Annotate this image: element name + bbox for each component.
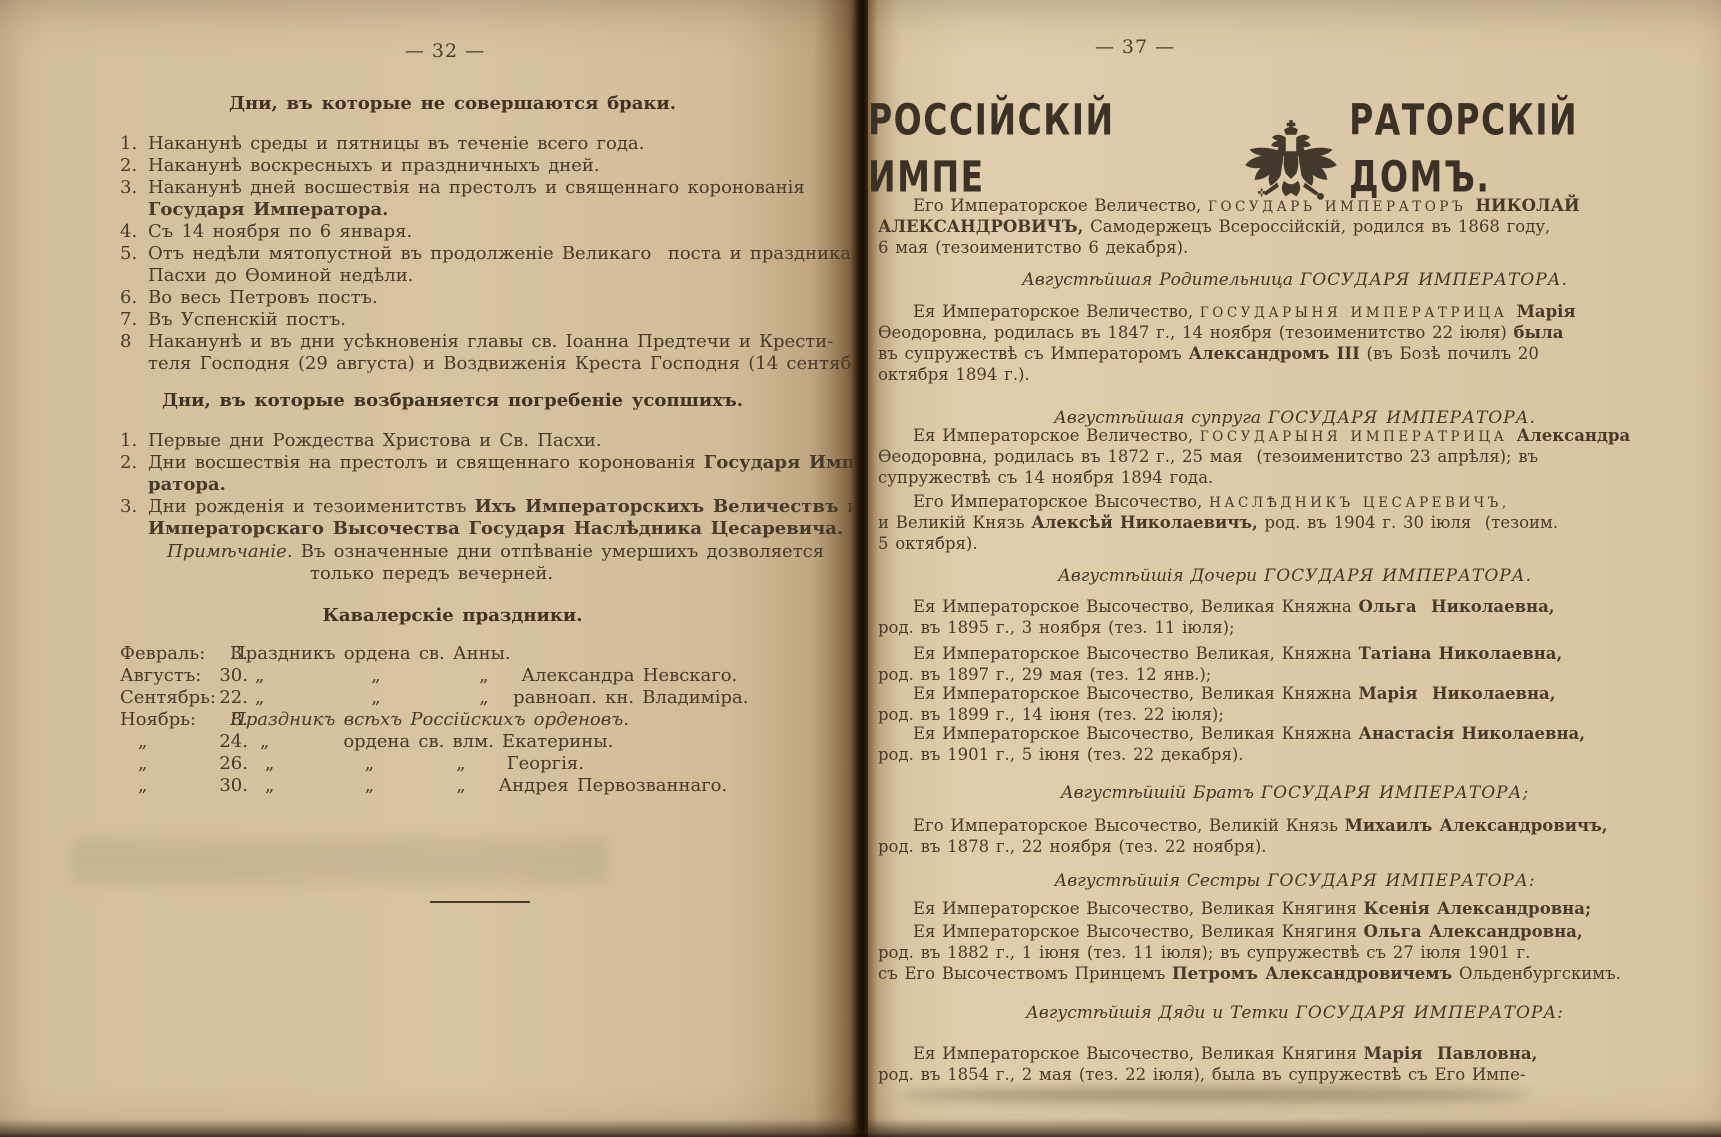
text-segment: род. въ 1878 г., 22 ноября (тез. 22 нояб… bbox=[878, 837, 1267, 856]
section-heading: Кавалерскіе праздники. bbox=[100, 605, 805, 627]
text-segment: Кавалерскіе праздники. bbox=[322, 605, 582, 626]
show-through-smudge bbox=[70, 838, 610, 884]
line-text: Наканунѣ дней восшествія на престолъ и с… bbox=[148, 177, 805, 199]
table-row: Ноябрь:8.Праздникъ всѣхъ Россійскихъ орд… bbox=[100, 709, 805, 731]
text-segment: „ „ „ Андрея Первозваннаго. bbox=[265, 775, 727, 796]
text-line: Государя Императора. bbox=[100, 199, 805, 221]
text-segment: Ея Императорское Высочество, Великая Кня… bbox=[913, 899, 1364, 918]
line-text: Дни, въ которые не совершаются браки. bbox=[229, 93, 676, 114]
text-segment: Въ означенные дни отпѣваніе умершихъ доз… bbox=[293, 541, 825, 562]
text-segment: и Великій Князь bbox=[878, 513, 1031, 532]
section-heading: Августѣйшія Дяди и Тетки ГОСУДАРЯ ИМПЕРА… bbox=[876, 1003, 1714, 1024]
text-line: 2.Дни восшествія на престолъ и священнаг… bbox=[100, 452, 805, 474]
text-line: Ея Императорское Высочество, Великая Кня… bbox=[876, 898, 1714, 919]
text-segment: Праздникъ всѣхъ Россійскихъ орденовъ. bbox=[230, 709, 629, 730]
line-text: род. въ 1882 г., 1 іюня (тез. 11 іюля); … bbox=[878, 942, 1530, 963]
text-segment: Дни рожденія и тезоименитствъ bbox=[148, 496, 475, 517]
text-segment: Его Императорское Величество, bbox=[913, 196, 1208, 215]
text-segment: Ея Императорское Высочество, Великая Кня… bbox=[913, 724, 1359, 743]
text-segment: Ольденбургскимъ. bbox=[1452, 964, 1621, 983]
text-segment: ГОСУДАРЫНЯ ИМПЕРАТРИЦА bbox=[1200, 429, 1517, 445]
text-segment: Праздникъ ордена св. Анны. bbox=[230, 643, 511, 664]
text-segment: Первые дни Рождества Христова и Св. Пасх… bbox=[148, 430, 602, 451]
text-segment: Анастасія Николаевна, bbox=[1359, 724, 1585, 743]
line-text: АЛЕКСАНДРОВИЧЪ, Самодержецъ Всероссійскі… bbox=[878, 216, 1550, 237]
text-line: Ея Императорское Величество, ГОСУДАРЫНЯ … bbox=[876, 301, 1714, 322]
text-segment: только передъ вечерней. bbox=[310, 563, 553, 584]
row-text: „ „ „ Андрея Первозваннаго. bbox=[265, 775, 727, 797]
text-segment: Императорскаго Высочества Государя Наслѣ… bbox=[148, 518, 843, 539]
title-text-left: РОССІЙСКІЙ ИМПЕ bbox=[868, 92, 1233, 206]
line-text: Ѳеодоровна, родилась въ 1872 г., 25 мая … bbox=[878, 446, 1538, 467]
line-text: Во весь Петровъ постъ. bbox=[148, 287, 378, 309]
divider-rule bbox=[430, 901, 530, 903]
text-segment: ратора. bbox=[148, 474, 226, 495]
text-segment: теля Господня (29 августа) и Воздвиженія… bbox=[148, 353, 856, 374]
line-text: Первые дни Рождества Христова и Св. Пасх… bbox=[148, 430, 602, 452]
line-text: Ея Императорское Высочество, Великая Кня… bbox=[913, 683, 1556, 704]
line-text: род. въ 1899 г., 14 іюня (тез. 22 іюля); bbox=[878, 704, 1224, 725]
text-line: только передъ вечерней. bbox=[100, 563, 805, 585]
line-text: октября 1894 г.). bbox=[878, 364, 1030, 385]
text-line: 6.Во весь Петровъ постъ. bbox=[100, 287, 805, 309]
list-number: 1. bbox=[120, 430, 137, 452]
text-segment: Въ Успенскій постъ. bbox=[148, 309, 346, 330]
line-text: Ея Императорское Высочество, Великая Кня… bbox=[913, 1043, 1537, 1064]
line-text: Императорскаго Высочества Государя Наслѣ… bbox=[148, 518, 843, 540]
text-line: род. въ 1882 г., 1 іюня (тез. 11 іюля); … bbox=[876, 942, 1714, 963]
day-cell: 24. bbox=[196, 731, 248, 753]
text-line: Пасхи до Ѳоминой недѣли. bbox=[100, 265, 805, 287]
show-through-smudge bbox=[898, 1088, 1528, 1102]
line-text: Ея Императорское Высочество, Великая Кня… bbox=[913, 898, 1591, 919]
text-segment: Августѣйшая Родительница bbox=[1022, 270, 1300, 290]
text-segment: Самодержецъ Всероссійскій, родился въ 18… bbox=[1083, 217, 1550, 236]
line-text: род. въ 1901 г., 5 іюня (тез. 22 декабря… bbox=[878, 744, 1244, 765]
text-line: съ Его Высочествомъ Принцемъ Петромъ Але… bbox=[876, 963, 1714, 984]
text-line: ратора. bbox=[100, 474, 805, 496]
text-line: 3.Наканунѣ дней восшествія на престолъ и… bbox=[100, 177, 805, 199]
text-line: 6 мая (тезоименитство 6 декабря). bbox=[876, 237, 1714, 258]
line-text: Дни восшествія на престолъ и священнаго … bbox=[148, 452, 856, 474]
text-segment: Ея Императорское Высочество, Великая Кня… bbox=[913, 1044, 1364, 1063]
text-segment: Дни, въ которые не совершаются браки. bbox=[229, 93, 676, 114]
text-segment: род. въ 1904 г. 30 іюля (тезоим. bbox=[1258, 513, 1558, 532]
line-text: съ Его Высочествомъ Принцемъ Петромъ Але… bbox=[878, 963, 1621, 984]
month-cell: Февраль: bbox=[120, 643, 205, 665]
list-number: 2. bbox=[120, 155, 137, 177]
text-segment: Августѣйшія Сестры bbox=[1054, 871, 1267, 891]
text-line: род. въ 1899 г., 14 іюня (тез. 22 іюля); bbox=[876, 704, 1714, 725]
title-text-right: РАТОРСКІЙ ДОМЪ. bbox=[1349, 92, 1721, 206]
text-segment: ГОСУДАРЯ ИМПЕРАТОРА. bbox=[1264, 566, 1532, 586]
line-text: Примѣчаніе. Въ означенные дни отпѣваніе … bbox=[167, 541, 824, 563]
day-cell: 30. bbox=[196, 775, 248, 797]
list-number: 4. bbox=[120, 221, 137, 243]
row-text: „ „ „ Георгія. bbox=[265, 753, 584, 775]
line-text: 6 мая (тезоименитство 6 декабря). bbox=[878, 237, 1188, 258]
text-line: род. въ 1895 г., 3 ноября (тез. 11 іюля)… bbox=[876, 617, 1714, 638]
line-text: род. въ 1878 г., 22 ноября (тез. 22 нояб… bbox=[878, 836, 1267, 857]
line-text: Кавалерскіе праздники. bbox=[322, 605, 582, 626]
text-line: Ея Императорское Высочество, Великая Кня… bbox=[876, 921, 1714, 942]
text-line: Его Императорское Величество, ГОСУДАРЬ И… bbox=[876, 195, 1714, 216]
text-segment: Примѣчаніе. bbox=[167, 541, 293, 562]
line-text: Августѣйшія Дочери ГОСУДАРЯ ИМПЕРАТОРА. bbox=[1058, 566, 1532, 586]
line-text: Дни, въ которые возбраняется погребеніе … bbox=[162, 390, 743, 411]
day-cell: 30. bbox=[196, 665, 248, 687]
line-text: Наканунѣ воскресныхъ и праздничныхъ дней… bbox=[148, 155, 600, 177]
line-text: Ея Императорское Высочество, Великая Кня… bbox=[913, 723, 1585, 744]
text-segment: род. въ 1854 г., 2 мая (тез. 22 іюля), б… bbox=[878, 1065, 1525, 1084]
text-line: 3.Дни рожденія и тезоименитствъ Ихъ Импе… bbox=[100, 496, 805, 518]
line-text: супружествѣ съ 14 ноября 1894 года. bbox=[878, 467, 1213, 488]
list-number: 5. bbox=[120, 243, 137, 265]
text-segment: Ксенія Александровна; bbox=[1364, 899, 1592, 918]
text-line: Ѳеодоровна, родилась въ 1847 г., 14 нояб… bbox=[876, 322, 1714, 343]
text-segment: Марія Павловна, bbox=[1364, 1044, 1538, 1063]
text-segment: ГОСУДАРЯ ИМПЕРАТОРА: bbox=[1296, 1003, 1564, 1023]
text-line: род. въ 1901 г., 5 іюня (тез. 22 декабря… bbox=[876, 744, 1714, 765]
text-segment: „ „ „ Александра Невскаго. bbox=[255, 665, 737, 686]
line-text: и Великій Князь Алексѣй Николаевичъ, род… bbox=[878, 512, 1558, 533]
table-row: Августъ:30.„ „ „ Александра Невскаго. bbox=[100, 665, 805, 687]
left-page: — 32 — Дни, въ которые не совершаются бр… bbox=[0, 0, 856, 1137]
text-segment: АЛЕКСАНДРОВИЧЪ, bbox=[878, 217, 1083, 236]
month-cell: Ноябрь: bbox=[120, 709, 196, 731]
line-text: Ея Императорское Величество, ГОСУДАРЫНЯ … bbox=[913, 301, 1576, 324]
text-line: Примѣчаніе. Въ означенные дни отпѣваніе … bbox=[100, 541, 805, 563]
text-line: 7.Въ Успенскій постъ. bbox=[100, 309, 805, 331]
text-segment: 5 октября). bbox=[878, 534, 978, 553]
list-number: 1. bbox=[120, 133, 137, 155]
month-cell: „ bbox=[138, 775, 147, 797]
text-segment: ГОСУДАРЯ ИМПЕРАТОРА: bbox=[1267, 871, 1535, 891]
text-segment: Наканунѣ воскресныхъ и праздничныхъ дней… bbox=[148, 155, 600, 176]
text-line: АЛЕКСАНДРОВИЧЪ, Самодержецъ Всероссійскі… bbox=[876, 216, 1714, 237]
table-row: „30.„ „ „ Андрея Первозваннаго. bbox=[100, 775, 805, 797]
text-segment: Ея Императорское Величество, bbox=[913, 426, 1200, 445]
text-segment: род. въ 1901 г., 5 іюня (тез. 22 декабря… bbox=[878, 745, 1244, 764]
line-text: Его Императорское Высочество, Великій Кн… bbox=[913, 815, 1608, 836]
text-segment: съ Его Высочествомъ Принцемъ bbox=[878, 964, 1172, 983]
text-line: Ея Императорское Высочество, Великая Кня… bbox=[876, 596, 1714, 617]
text-line: род. въ 1897 г., 29 мая (тез. 12 янв.); bbox=[876, 664, 1714, 685]
text-line: 4.Съ 14 ноября по 6 января. bbox=[100, 221, 805, 243]
text-segment: Петромъ Александровичемъ bbox=[1172, 964, 1452, 983]
text-segment: Дни восшествія на престолъ и священнаго … bbox=[148, 452, 704, 473]
text-segment: Наканунѣ и въ дни усѣкновенія главы св. … bbox=[148, 331, 833, 352]
text-segment: Ѳеодоровна, родилась въ 1872 г., 25 мая … bbox=[878, 447, 1538, 466]
row-text: „ ордена св. влм. Екатерины. bbox=[260, 731, 613, 753]
text-segment: Александромъ III bbox=[1189, 344, 1360, 363]
section-heading: Дни, въ которые возбраняется погребеніе … bbox=[100, 390, 805, 412]
line-text: теля Господня (29 августа) и Воздвиженія… bbox=[148, 353, 856, 375]
text-segment: (въ Бозѣ почилъ 20 bbox=[1360, 344, 1539, 363]
text-segment: род. въ 1897 г., 29 мая (тез. 12 янв.); bbox=[878, 665, 1211, 684]
text-line: род. въ 1854 г., 2 мая (тез. 22 іюля), б… bbox=[876, 1064, 1714, 1085]
text-line: Ея Императорское Высочество, Великая Кня… bbox=[876, 683, 1714, 704]
text-line: Ея Императорское Высочество Великая, Кня… bbox=[876, 643, 1714, 664]
text-segment: въ супружествѣ съ Императоромъ bbox=[878, 344, 1189, 363]
text-segment: Наканунѣ среды и пятницы въ теченіе всег… bbox=[148, 133, 644, 154]
text-segment: Марія bbox=[1517, 302, 1576, 321]
text-line: Его Императорское Высочество, НАСЛѢДНИКЪ… bbox=[876, 491, 1714, 512]
text-segment: Ольга Александровна, bbox=[1364, 922, 1583, 941]
line-text: Августѣйшія Дяди и Тетки ГОСУДАРЯ ИМПЕРА… bbox=[1026, 1003, 1564, 1023]
text-segment: Ольга Николаевна, bbox=[1359, 597, 1555, 616]
text-segment: Дни, въ которые возбраняется погребеніе … bbox=[162, 390, 743, 411]
text-line: Ея Императорское Величество, ГОСУДАРЫНЯ … bbox=[876, 425, 1714, 446]
text-segment: Марія Николаевна, bbox=[1359, 684, 1556, 703]
text-segment: род. въ 1882 г., 1 іюня (тез. 11 іюля); … bbox=[878, 943, 1530, 962]
line-text: въ супружествѣ съ Императоромъ Александр… bbox=[878, 343, 1539, 364]
line-text: Его Императорское Высочество, НАСЛѢДНИКЪ… bbox=[913, 491, 1510, 514]
text-segment: Во весь Петровъ постъ. bbox=[148, 287, 378, 308]
text-segment: Отъ недѣли мятопустной въ продолженіе Ве… bbox=[148, 243, 851, 264]
line-text: Ѳеодоровна, родилась въ 1847 г., 14 нояб… bbox=[878, 322, 1563, 343]
list-number: 3. bbox=[120, 177, 137, 199]
text-segment: род. въ 1899 г., 14 іюня (тез. 22 іюля); bbox=[878, 705, 1224, 724]
text-segment: Наканунѣ дней восшествія на престолъ и с… bbox=[148, 177, 805, 198]
text-segment: Алексѣй Николаевичъ, bbox=[1031, 513, 1257, 532]
line-text: Въ Успенскій постъ. bbox=[148, 309, 346, 331]
text-segment: „ ордена св. влм. Екатерины. bbox=[260, 731, 613, 752]
line-text: Ея Императорское Величество, ГОСУДАРЫНЯ … bbox=[913, 425, 1630, 448]
text-segment: была bbox=[1514, 323, 1564, 342]
text-segment: Ея Императорское Высочество Великая, Кня… bbox=[913, 644, 1359, 663]
text-segment: ГОСУДАРЯ ИМПЕРАТОРА; bbox=[1261, 783, 1529, 803]
text-segment: „ „ „ Георгія. bbox=[265, 753, 584, 774]
imperial-house-title: РОССІЙСКІЙ ИМПЕ bbox=[868, 118, 1721, 206]
month-cell: Августъ: bbox=[120, 665, 201, 687]
text-segment: ГОСУДАРЫНЯ ИМПЕРАТРИЦА bbox=[1200, 305, 1517, 321]
line-text: Августѣйшая Родительница ГОСУДАРЯ ИМПЕРА… bbox=[1022, 270, 1568, 290]
section-heading: Дни, въ которые не совершаются браки. bbox=[100, 93, 805, 115]
section-heading: Августѣйшая Родительница ГОСУДАРЯ ИМПЕРА… bbox=[876, 270, 1714, 291]
text-line: 1.Наканунѣ среды и пятницы въ теченіе вс… bbox=[100, 133, 805, 155]
text-segment: Ея Императорское Величество, bbox=[913, 302, 1200, 321]
list-number: 2. bbox=[120, 452, 137, 474]
line-text: Ея Императорское Высочество, Великая Кня… bbox=[913, 921, 1583, 942]
text-segment: Съ 14 ноября по 6 января. bbox=[148, 221, 412, 242]
list-number: 6. bbox=[120, 287, 137, 309]
month-cell: „ bbox=[138, 731, 147, 753]
section-heading: Августѣйшій Братъ ГОСУДАРЯ ИМПЕРАТОРА; bbox=[876, 783, 1714, 804]
text-segment: Михаилъ Александровичъ, bbox=[1345, 816, 1608, 835]
line-text: Его Императорское Величество, ГОСУДАРЬ И… bbox=[913, 195, 1580, 218]
day-cell: 22. bbox=[196, 687, 248, 709]
text-line: 1.Первые дни Рождества Христова и Св. Па… bbox=[100, 430, 805, 452]
right-page: — 37 — РОССІЙСКІЙ ИМПЕ bbox=[868, 0, 1721, 1137]
text-line: 5.Отъ недѣли мятопустной въ продолженіе … bbox=[100, 243, 805, 265]
line-text: Ея Императорское Высочество Великая, Кня… bbox=[913, 643, 1562, 664]
table-row: Сентябрь:22.„ „ „ равноап. кн. Владиміра… bbox=[100, 687, 805, 709]
line-text: Наканунѣ и въ дни усѣкновенія главы св. … bbox=[148, 331, 833, 353]
text-segment: Государя Импе- bbox=[704, 452, 856, 473]
line-text: Наканунѣ среды и пятницы въ теченіе всег… bbox=[148, 133, 644, 155]
text-segment: Ихъ Императорскихъ Величествъ bbox=[475, 496, 839, 517]
text-line: въ супружествѣ съ Императоромъ Александр… bbox=[876, 343, 1714, 364]
text-line: род. въ 1878 г., 22 ноября (тез. 22 нояб… bbox=[876, 836, 1714, 857]
text-line: супружествѣ съ 14 ноября 1894 года. bbox=[876, 467, 1714, 488]
line-text: только передъ вечерней. bbox=[310, 563, 553, 585]
page-number-right: — 37 — bbox=[868, 36, 1402, 58]
text-line: Ея Императорское Высочество, Великая Кня… bbox=[876, 723, 1714, 744]
line-text: ратора. bbox=[148, 474, 226, 496]
line-text: Съ 14 ноября по 6 января. bbox=[148, 221, 412, 243]
text-line: октября 1894 г.). bbox=[876, 364, 1714, 385]
text-segment: Пасхи до Ѳоминой недѣли. bbox=[148, 265, 413, 286]
text-segment: Татіана Николаевна, bbox=[1359, 644, 1563, 663]
text-line: Ѳеодоровна, родилась въ 1872 г., 25 мая … bbox=[876, 446, 1714, 467]
text-line: 8Наканунѣ и въ дни усѣкновенія главы св.… bbox=[100, 331, 805, 353]
page-number-left: — 32 — bbox=[100, 40, 790, 62]
text-line: Ея Императорское Высочество, Великая Кня… bbox=[876, 1043, 1714, 1064]
month-cell: „ bbox=[138, 753, 147, 775]
text-segment: Августѣйшій Братъ bbox=[1061, 783, 1261, 803]
line-text: 5 октября). bbox=[878, 533, 978, 554]
table-row: „26.„ „ „ Георгія. bbox=[100, 753, 805, 775]
text-segment: Его Императорское Высочество, Великій Кн… bbox=[913, 816, 1345, 835]
page-bottom-shadow bbox=[0, 1119, 1721, 1137]
text-segment: Ея Императорское Высочество, Великая Кня… bbox=[913, 922, 1364, 941]
line-text: Августѣйшій Братъ ГОСУДАРЯ ИМПЕРАТОРА; bbox=[1061, 783, 1529, 803]
text-segment: Ѳеодоровна, родилась въ 1847 г., 14 нояб… bbox=[878, 323, 1514, 342]
text-segment: супружествѣ съ 14 ноября 1894 года. bbox=[878, 468, 1213, 487]
text-segment: 6 мая (тезоименитство 6 декабря). bbox=[878, 238, 1188, 257]
section-heading: Августѣйшія Сестры ГОСУДАРЯ ИМПЕРАТОРА: bbox=[876, 871, 1714, 892]
row-text: „ „ „ равноап. кн. Владиміра. bbox=[255, 687, 748, 709]
text-segment: Августѣйшія Дочери bbox=[1058, 566, 1264, 586]
text-segment: ГОСУДАРЯ ИМПЕРАТОРА. bbox=[1300, 270, 1568, 290]
row-text: Праздникъ ордена св. Анны. bbox=[230, 643, 511, 665]
text-line: Императорскаго Высочества Государя Наслѣ… bbox=[100, 518, 805, 540]
text-segment: ГОСУДАРЬ ИМПЕРАТОРЪ bbox=[1208, 199, 1475, 215]
line-text: Ея Императорское Высочество, Великая Кня… bbox=[913, 596, 1555, 617]
line-text: Пасхи до Ѳоминой недѣли. bbox=[148, 265, 413, 287]
line-text: Дни рожденія и тезоименитствъ Ихъ Импера… bbox=[148, 496, 856, 518]
text-line: 5 октября). bbox=[876, 533, 1714, 554]
list-number: 3. bbox=[120, 496, 137, 518]
text-line: Его Императорское Высочество, Великій Кн… bbox=[876, 815, 1714, 836]
line-text: род. въ 1895 г., 3 ноября (тез. 11 іюля)… bbox=[878, 617, 1235, 638]
row-text: „ „ „ Александра Невскаго. bbox=[255, 665, 737, 687]
text-segment: Его Императорское Высочество, bbox=[913, 492, 1209, 511]
line-text: род. въ 1854 г., 2 мая (тез. 22 іюля), б… bbox=[878, 1064, 1525, 1085]
line-text: род. въ 1897 г., 29 мая (тез. 12 янв.); bbox=[878, 664, 1211, 685]
row-text: Праздникъ всѣхъ Россійскихъ орденовъ. bbox=[230, 709, 629, 731]
list-number: 8 bbox=[120, 331, 131, 353]
text-segment: Ея Императорское Высочество, Великая Кня… bbox=[913, 684, 1359, 703]
line-text: Государя Императора. bbox=[148, 199, 388, 221]
section-heading: Августѣйшія Дочери ГОСУДАРЯ ИМПЕРАТОРА. bbox=[876, 566, 1714, 587]
text-line: и Великій Князь Алексѣй Николаевичъ, род… bbox=[876, 512, 1714, 533]
text-segment: НИКОЛАЙ bbox=[1475, 196, 1579, 215]
list-number: 7. bbox=[120, 309, 137, 331]
day-cell: 26. bbox=[196, 753, 248, 775]
text-segment: октября 1894 г.). bbox=[878, 365, 1030, 384]
text-segment: Александра bbox=[1517, 426, 1631, 445]
text-segment: Государя Императора. bbox=[148, 199, 388, 220]
table-row: „24.„ ордена св. влм. Екатерины. bbox=[100, 731, 805, 753]
text-segment: Ея Императорское Высочество, Великая Кня… bbox=[913, 597, 1359, 616]
text-segment: НАСЛѢДНИКЪ ЦЕСАРЕВИЧЪ, bbox=[1209, 495, 1510, 511]
line-text: Отъ недѣли мятопустной въ продолженіе Ве… bbox=[148, 243, 851, 265]
text-segment: „ „ „ равноап. кн. Владиміра. bbox=[255, 687, 748, 708]
text-segment: род. въ 1895 г., 3 ноября (тез. 11 іюля)… bbox=[878, 618, 1235, 637]
line-text: Августѣйшія Сестры ГОСУДАРЯ ИМПЕРАТОРА: bbox=[1054, 871, 1535, 891]
text-line: теля Господня (29 августа) и Воздвиженія… bbox=[100, 353, 805, 375]
text-line: 2.Наканунѣ воскресныхъ и праздничныхъ дн… bbox=[100, 155, 805, 177]
book-scan: — 32 — Дни, въ которые не совершаются бр… bbox=[0, 0, 1721, 1137]
text-segment: Августѣйшія Дяди и Тетки bbox=[1026, 1003, 1296, 1023]
table-row: Февраль:3.Праздникъ ордена св. Анны. bbox=[100, 643, 805, 665]
